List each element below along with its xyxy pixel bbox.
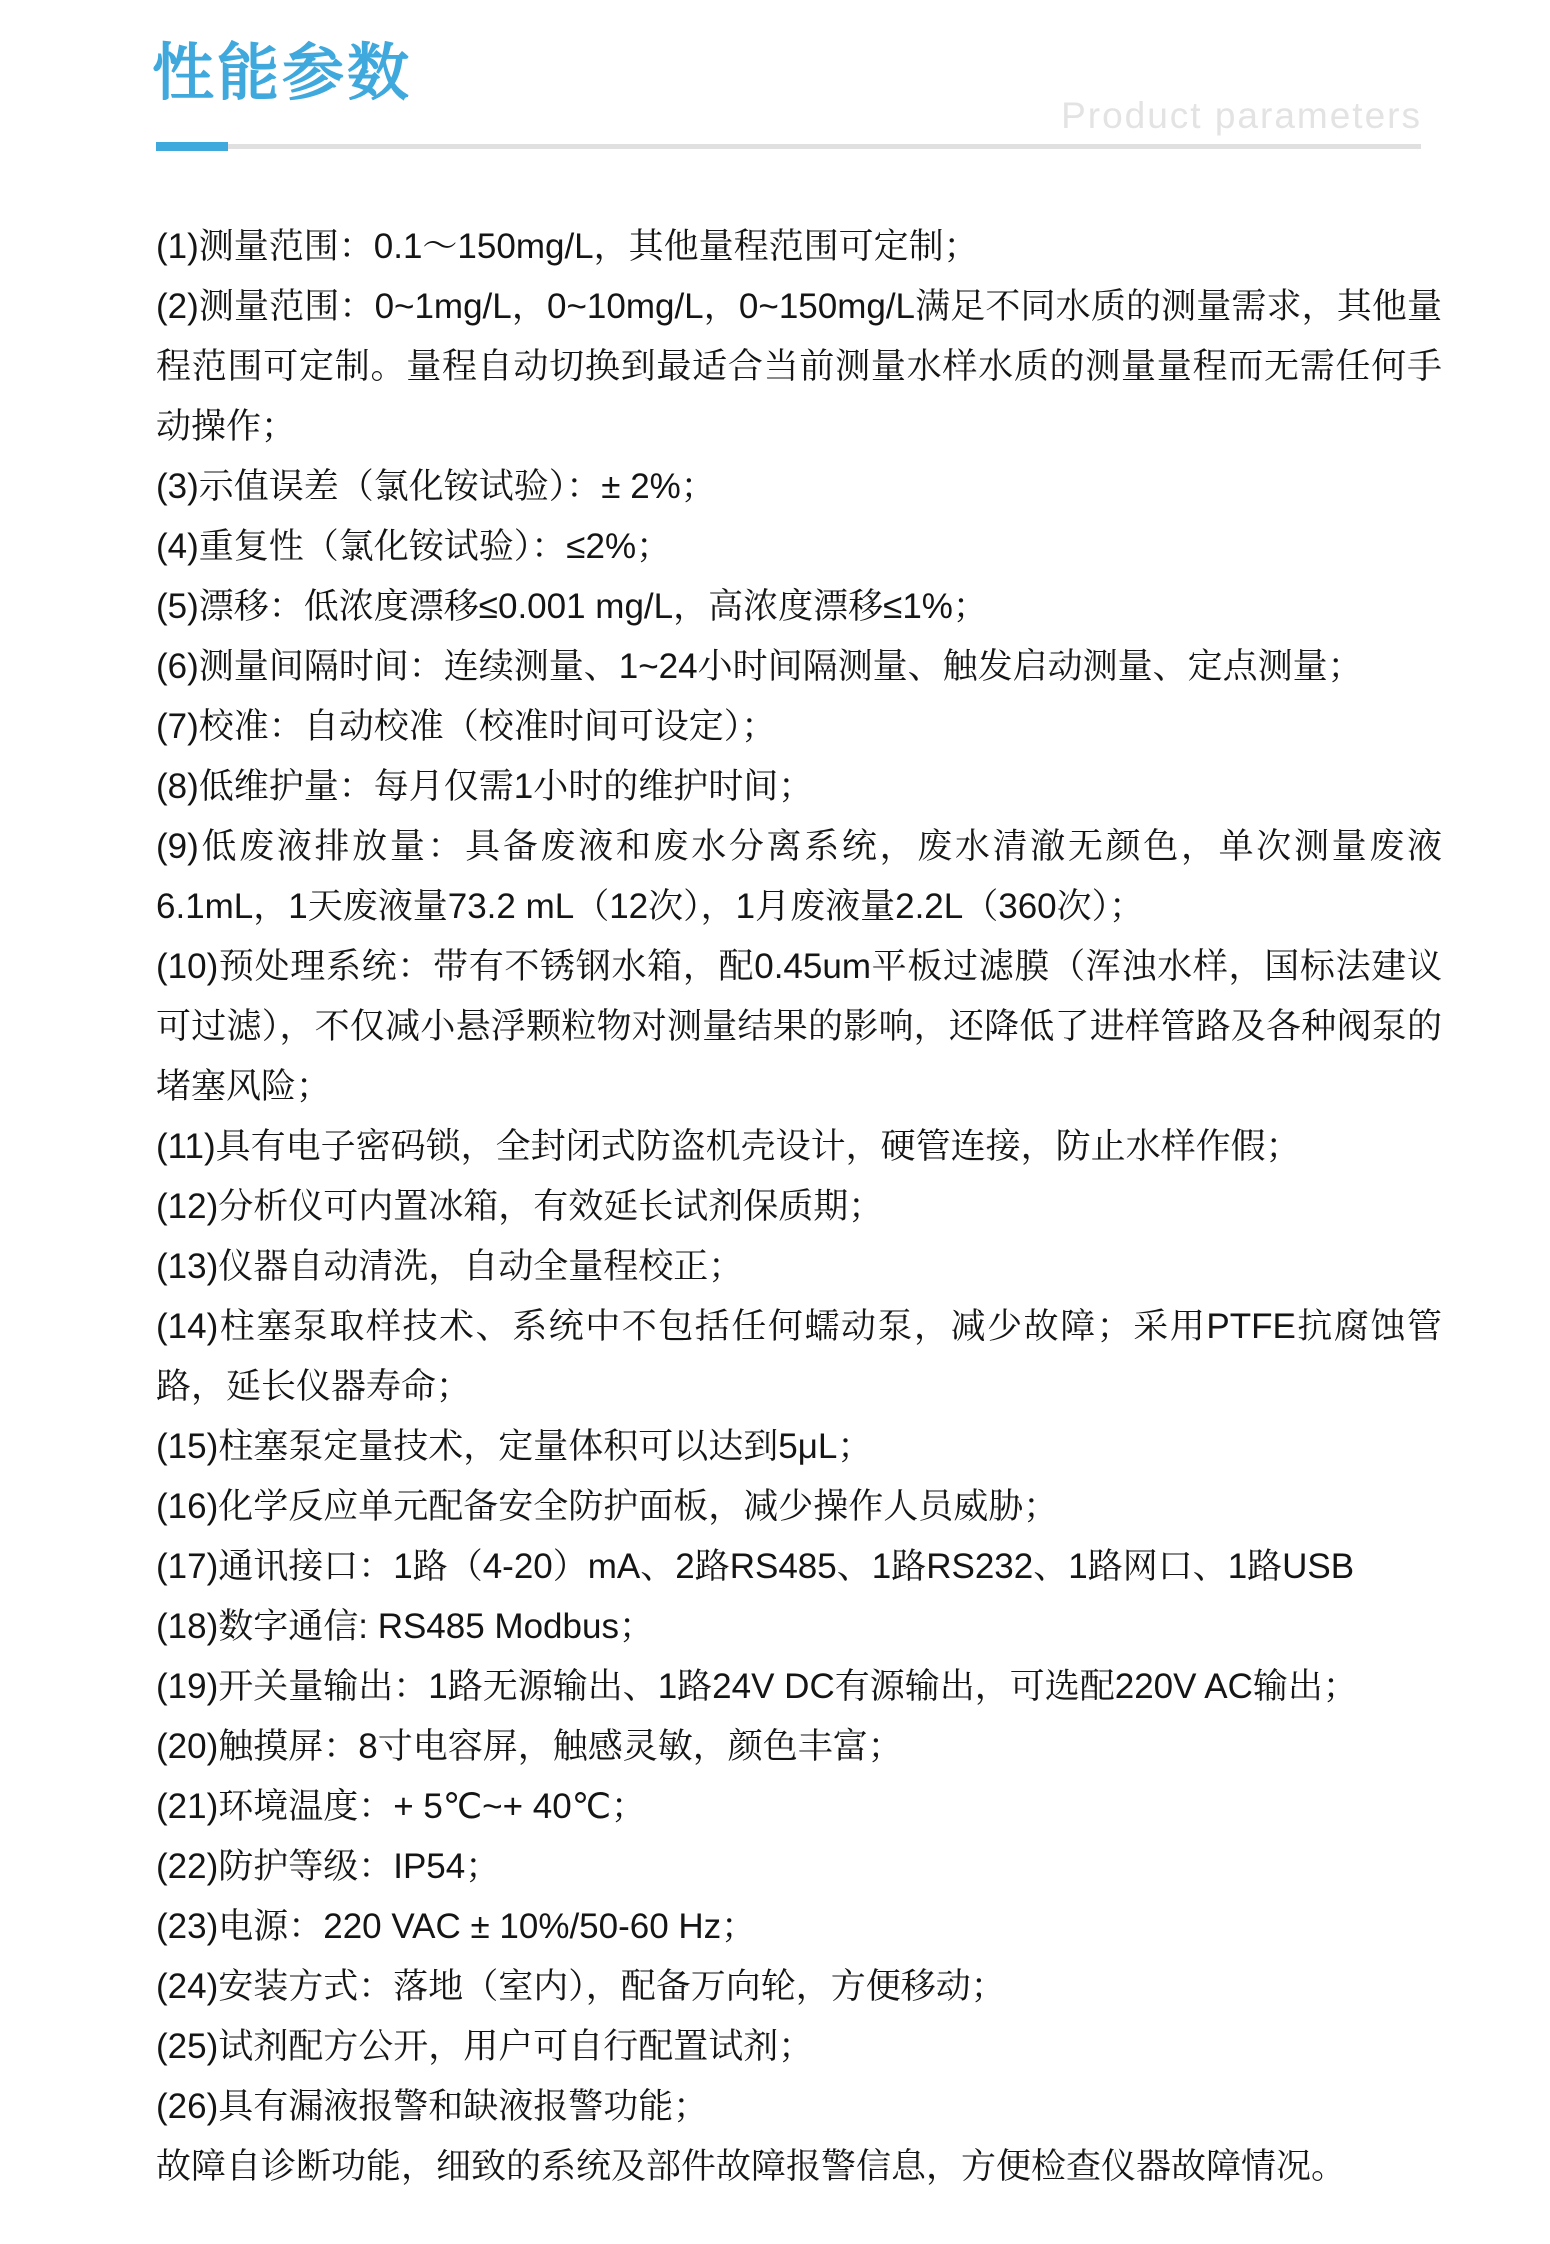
parameter-item: (12)分析仪可内置冰箱，有效延长试剂保质期； — [156, 1177, 1442, 1237]
parameter-item: (23)电源：220 VAC ± 10%/50-60 Hz； — [156, 1897, 1442, 1957]
parameter-item: (8)低维护量：每月仅需1小时的维护时间； — [156, 757, 1442, 817]
parameter-item: (26)具有漏液报警和缺液报警功能； — [156, 2077, 1442, 2137]
divider — [156, 142, 1421, 151]
parameter-item: (20)触摸屏：8寸电容屏，触感灵敏，颜色丰富； — [156, 1717, 1442, 1777]
parameter-item: (15)柱塞泵定量技术，定量体积可以达到5μL； — [156, 1417, 1442, 1477]
page-title: 性能参数 — [152, 36, 412, 112]
parameter-item: (7)校准：自动校准（校准时间可设定）； — [156, 697, 1442, 757]
parameter-item: (24)安装方式：落地（室内），配备万向轮，方便移动； — [156, 1957, 1442, 2017]
parameter-item: (9)低废液排放量：具备废液和废水分离系统，废水清澈无颜色，单次测量废液6.1m… — [156, 817, 1442, 937]
parameter-item: (11)具有电子密码锁，全封闭式防盗机壳设计，硬管连接，防止水样作假； — [156, 1117, 1442, 1177]
divider-line — [228, 144, 1421, 149]
parameter-item: (22)防护等级：IP54； — [156, 1837, 1442, 1897]
parameter-item: (10)预处理系统：带有不锈钢水箱，配0.45um平板过滤膜（浑浊水样，国标法建… — [156, 937, 1442, 1117]
parameters-list: (1)测量范围：0.1～150mg/L，其他量程范围可定制；(2)测量范围：0~… — [156, 217, 1442, 2197]
parameter-item: 故障自诊断功能，细致的系统及部件故障报警信息，方便检查仪器故障情况。 — [156, 2137, 1442, 2197]
parameter-item: (14)柱塞泵取样技术、系统中不包括任何蠕动泵，减少故障；采用PTFE抗腐蚀管路… — [156, 1297, 1442, 1417]
parameter-item: (2)测量范围：0~1mg/L，0~10mg/L，0~150mg/L满足不同水质… — [156, 277, 1442, 457]
parameter-item: (18)数字通信: RS485 Modbus； — [156, 1597, 1442, 1657]
parameter-item: (13)仪器自动清洗，自动全量程校正； — [156, 1237, 1442, 1297]
page-subtitle: Product parameters — [1061, 96, 1422, 136]
parameter-item: (3)示值误差（氯化铵试验）：± 2%； — [156, 457, 1442, 517]
parameter-item: (4)重复性（氯化铵试验）：≤2%； — [156, 517, 1442, 577]
document-page: 性能参数 Product parameters (1)测量范围：0.1～150m… — [0, 0, 1550, 2244]
parameter-item: (16)化学反应单元配备安全防护面板，减少操作人员威胁； — [156, 1477, 1442, 1537]
divider-accent-bar — [156, 142, 228, 151]
parameter-item: (6)测量间隔时间：连续测量、1~24小时间隔测量、触发启动测量、定点测量； — [156, 637, 1442, 697]
parameter-item: (25)试剂配方公开，用户可自行配置试剂； — [156, 2017, 1442, 2077]
parameter-item: (19)开关量输出：1路无源输出、1路24V DC有源输出，可选配220V AC… — [156, 1657, 1442, 1717]
parameter-item: (17)通讯接口：1路（4-20）mA、2路RS485、1路RS232、1路网口… — [156, 1537, 1442, 1597]
parameter-item: (21)环境温度：+ 5℃~+ 40℃； — [156, 1777, 1442, 1837]
parameter-item: (5)漂移：低浓度漂移≤0.001 mg/L，高浓度漂移≤1%； — [156, 577, 1442, 637]
parameter-item: (1)测量范围：0.1～150mg/L，其他量程范围可定制； — [156, 217, 1442, 277]
